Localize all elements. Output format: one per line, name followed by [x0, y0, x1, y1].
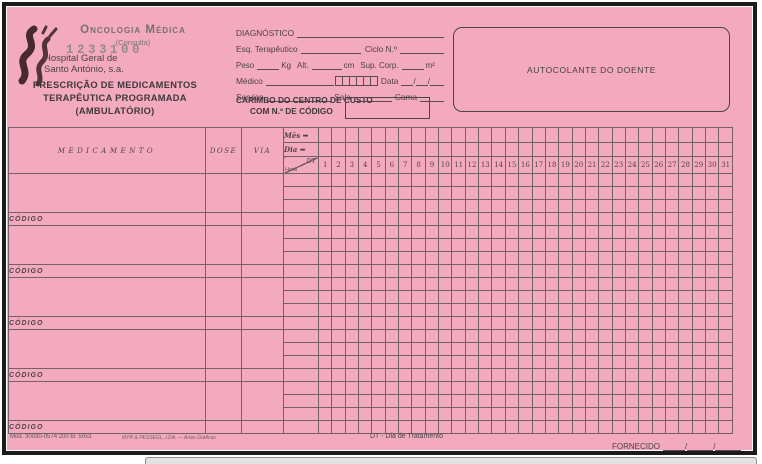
- day-grid-cell: [492, 356, 505, 369]
- day-grid-cell: [479, 395, 492, 408]
- day-grid-cell: [532, 291, 545, 304]
- day-grid-cell: [505, 395, 518, 408]
- day-grid-cell: [439, 278, 452, 291]
- day-grid-cell: [532, 200, 545, 213]
- day-grid-cell: [625, 330, 638, 343]
- day-grid-cell: [492, 343, 505, 356]
- day-grid-cell: [372, 356, 385, 369]
- day-grid-cell: [345, 317, 358, 330]
- dia-cell: [639, 143, 652, 157]
- day-grid-cell: [679, 408, 692, 421]
- day-grid-cell: [452, 239, 465, 252]
- day-grid-cell: [399, 343, 412, 356]
- day-grid-cell: [639, 369, 652, 382]
- mes-cell: [559, 128, 572, 143]
- day-grid-cell: [559, 408, 572, 421]
- day-grid-cell: [465, 369, 478, 382]
- day-grid-cell: [559, 382, 572, 395]
- day-grid-cell: [385, 317, 398, 330]
- day-grid-cell: [519, 174, 532, 187]
- day-grid-cell: [425, 226, 438, 239]
- day-grid-cell: [412, 343, 425, 356]
- day-grid-cell: [532, 395, 545, 408]
- day-grid-cell: [465, 356, 478, 369]
- day-header-cell: 24: [625, 157, 638, 174]
- day-grid-cell: [572, 395, 585, 408]
- day-grid-cell: [452, 226, 465, 239]
- day-grid-cell: [345, 174, 358, 187]
- day-grid-cell: [385, 252, 398, 265]
- day-grid-cell: [545, 304, 558, 317]
- day-grid-cell: [639, 213, 652, 226]
- day-grid-cell: [452, 395, 465, 408]
- day-grid-cell: [412, 317, 425, 330]
- day-grid-cell: [719, 317, 733, 330]
- day-grid-cell: [585, 343, 598, 356]
- day-grid-cell: [412, 252, 425, 265]
- day-grid-cell: [332, 187, 345, 200]
- day-grid-cell: [705, 200, 718, 213]
- day-grid-cell: [612, 304, 625, 317]
- day-grid-cell: [692, 174, 705, 187]
- dia-cell: [439, 143, 452, 157]
- dia-cell: [425, 143, 438, 157]
- day-grid-cell: [692, 317, 705, 330]
- diagnostico-blank: [297, 29, 444, 38]
- day-grid-cell: [492, 369, 505, 382]
- day-grid-cell: [559, 369, 572, 382]
- day-header-cell: 15: [505, 157, 518, 174]
- day-grid-cell: [532, 265, 545, 278]
- day-grid-cell: [665, 252, 678, 265]
- day-grid-cell: [705, 278, 718, 291]
- day-grid-cell: [665, 421, 678, 434]
- day-grid-cell: [559, 291, 572, 304]
- day-grid-cell: [399, 317, 412, 330]
- day-grid-cell: [372, 369, 385, 382]
- day-grid-cell: [639, 239, 652, 252]
- day-grid-cell: [412, 187, 425, 200]
- day-grid-cell: [612, 408, 625, 421]
- hora-cell: [284, 382, 319, 395]
- day-grid-cell: [599, 252, 612, 265]
- day-grid-cell: [599, 187, 612, 200]
- day-grid-cell: [399, 213, 412, 226]
- day-grid-cell: [345, 265, 358, 278]
- day-grid-cell: [479, 408, 492, 421]
- day-grid-cell: [532, 187, 545, 200]
- day-grid-cell: [359, 382, 372, 395]
- mes-cell: [332, 128, 345, 143]
- day-grid-cell: [679, 265, 692, 278]
- day-grid-cell: [425, 369, 438, 382]
- day-grid-cell: [425, 252, 438, 265]
- hora-cell: [284, 278, 319, 291]
- day-grid-cell: [572, 174, 585, 187]
- day-grid-cell: [399, 291, 412, 304]
- day-grid-cell: [345, 395, 358, 408]
- day-grid-cell: [705, 304, 718, 317]
- day-grid-cell: [439, 252, 452, 265]
- day-grid-cell: [719, 356, 733, 369]
- day-grid-cell: [332, 421, 345, 434]
- hora-cell: [284, 187, 319, 200]
- day-grid-cell: [559, 265, 572, 278]
- day-grid-cell: [612, 200, 625, 213]
- day-grid-cell: [612, 356, 625, 369]
- day-grid-cell: [679, 369, 692, 382]
- day-grid-cell: [679, 187, 692, 200]
- cost-center-stamp-box: [345, 97, 430, 119]
- dia-cell: [399, 143, 412, 157]
- day-grid-cell: [399, 304, 412, 317]
- day-grid-cell: [359, 187, 372, 200]
- patient-sticker-label: AUTOCOLANTE DO DOENTE: [527, 65, 656, 75]
- day-grid-cell: [465, 408, 478, 421]
- mes-cell: [692, 128, 705, 143]
- dose-area: [206, 174, 242, 213]
- day-grid-cell: [612, 330, 625, 343]
- day-grid-cell: [679, 382, 692, 395]
- day-grid-cell: [665, 408, 678, 421]
- day-grid-cell: [319, 200, 332, 213]
- day-grid-cell: [479, 265, 492, 278]
- day-grid-cell: [652, 239, 665, 252]
- day-grid-cell: [385, 304, 398, 317]
- day-grid-cell: [585, 291, 598, 304]
- fornecido-day-blank: [663, 443, 685, 451]
- day-grid-cell: [332, 252, 345, 265]
- day-grid-cell: [479, 213, 492, 226]
- day-grid-cell: [625, 239, 638, 252]
- hora-cell: [284, 330, 319, 343]
- day-grid-cell: [332, 317, 345, 330]
- day-grid-cell: [519, 200, 532, 213]
- day-grid-cell: [612, 421, 625, 434]
- dia-cell: [505, 143, 518, 157]
- form-title-line3: (AMBULATÓRIO): [2, 106, 228, 116]
- day-grid-cell: [492, 291, 505, 304]
- day-grid-cell: [372, 304, 385, 317]
- via-area: [242, 174, 284, 213]
- day-grid-cell: [465, 421, 478, 434]
- day-grid-cell: [585, 408, 598, 421]
- day-grid-cell: [612, 239, 625, 252]
- day-grid-cell: [505, 382, 518, 395]
- day-grid-cell: [705, 421, 718, 434]
- day-grid-cell: [465, 252, 478, 265]
- ciclo-label: Ciclo N.º: [361, 44, 400, 54]
- day-grid-cell: [385, 369, 398, 382]
- dose-area: [206, 330, 242, 369]
- medication-name-area: [9, 330, 206, 369]
- day-grid-cell: [599, 226, 612, 239]
- day-grid-cell: [545, 421, 558, 434]
- day-grid-cell: [399, 408, 412, 421]
- hora-cell: [284, 343, 319, 356]
- day-grid-cell: [719, 265, 733, 278]
- day-grid-cell: [399, 187, 412, 200]
- day-grid-cell: [452, 291, 465, 304]
- day-grid-cell: [519, 187, 532, 200]
- day-grid-cell: [532, 356, 545, 369]
- day-grid-cell: [492, 226, 505, 239]
- mes-cell: [572, 128, 585, 143]
- day-grid-cell: [425, 187, 438, 200]
- day-grid-cell: [359, 317, 372, 330]
- day-grid-cell: [332, 408, 345, 421]
- mes-cell: [492, 128, 505, 143]
- day-grid-cell: [585, 317, 598, 330]
- day-grid-cell: [719, 200, 733, 213]
- codigo-via-cell: [242, 369, 284, 382]
- field-row-medico-data: Médico Data / /: [236, 75, 444, 86]
- day-grid-cell: [319, 174, 332, 187]
- day-grid-cell: [679, 317, 692, 330]
- day-header-cell: 7: [399, 157, 412, 174]
- fornecido-label: FORNECIDO: [612, 442, 663, 451]
- day-grid-cell: [719, 239, 733, 252]
- ciclo-blank: [400, 45, 444, 54]
- day-grid-cell: [465, 304, 478, 317]
- day-grid-cell: [385, 343, 398, 356]
- day-grid-cell: [665, 330, 678, 343]
- day-grid-cell: [412, 356, 425, 369]
- col-header-dose: DOSE: [206, 128, 242, 174]
- codigo-row-label: CÓDIGO: [9, 213, 206, 226]
- day-grid-cell: [345, 369, 358, 382]
- day-grid-cell: [412, 330, 425, 343]
- day-grid-cell: [372, 252, 385, 265]
- day-grid-cell: [572, 356, 585, 369]
- mes-cell: [412, 128, 425, 143]
- day-grid-cell: [412, 408, 425, 421]
- form-title-line1: PRESCRIÇÃO DE MEDICAMENTOS: [2, 80, 228, 90]
- day-grid-cell: [399, 382, 412, 395]
- day-grid-cell: [372, 187, 385, 200]
- day-grid-cell: [492, 265, 505, 278]
- day-grid-cell: [425, 382, 438, 395]
- day-grid-cell: [705, 291, 718, 304]
- hora-cell: [284, 421, 319, 434]
- day-grid-cell: [319, 382, 332, 395]
- day-grid-cell: [412, 291, 425, 304]
- dia-cell: [345, 143, 358, 157]
- mes-cell: [479, 128, 492, 143]
- day-grid-cell: [452, 369, 465, 382]
- day-grid-cell: [665, 265, 678, 278]
- hora-cell: [284, 317, 319, 330]
- day-grid-cell: [492, 278, 505, 291]
- day-grid-cell: [705, 239, 718, 252]
- day-grid-cell: [372, 278, 385, 291]
- day-grid-cell: [692, 382, 705, 395]
- day-grid-cell: [505, 278, 518, 291]
- day-grid-cell: [652, 174, 665, 187]
- day-grid-cell: [492, 330, 505, 343]
- day-grid-cell: [625, 395, 638, 408]
- day-grid-cell: [719, 278, 733, 291]
- code-boxes: [336, 76, 378, 86]
- day-grid-cell: [385, 187, 398, 200]
- day-grid-cell: [705, 382, 718, 395]
- day-grid-cell: [585, 226, 598, 239]
- mes-cell: [319, 128, 332, 143]
- day-grid-cell: [359, 174, 372, 187]
- day-grid-cell: [692, 304, 705, 317]
- dia-row-label: Dia ➡: [284, 143, 319, 157]
- fornecido-month-blank: [687, 443, 713, 451]
- day-grid-cell: [559, 252, 572, 265]
- day-grid-cell: [639, 343, 652, 356]
- day-grid-cell: [532, 330, 545, 343]
- data-year-blank: [430, 77, 444, 86]
- day-grid-cell: [372, 200, 385, 213]
- codigo-row-label: CÓDIGO: [9, 317, 206, 330]
- mes-cell: [532, 128, 545, 143]
- day-grid-cell: [639, 174, 652, 187]
- day-grid-cell: [625, 421, 638, 434]
- day-grid-cell: [719, 187, 733, 200]
- day-grid-cell: [519, 356, 532, 369]
- day-grid-cell: [572, 317, 585, 330]
- day-grid-cell: [559, 356, 572, 369]
- day-grid-cell: [319, 213, 332, 226]
- day-grid-cell: [372, 226, 385, 239]
- day-grid-cell: [479, 200, 492, 213]
- day-grid-cell: [505, 213, 518, 226]
- day-grid-cell: [572, 226, 585, 239]
- day-grid-cell: [359, 408, 372, 421]
- hora-cell: [284, 369, 319, 382]
- day-grid-cell: [519, 343, 532, 356]
- dia-cell: [625, 143, 638, 157]
- medico-blank: [266, 77, 334, 86]
- mes-cell: [519, 128, 532, 143]
- day-grid-cell: [639, 421, 652, 434]
- day-grid-cell: [612, 291, 625, 304]
- day-grid-cell: [625, 226, 638, 239]
- day-grid-cell: [652, 278, 665, 291]
- day-grid-cell: [465, 343, 478, 356]
- dia-cell: [705, 143, 718, 157]
- day-grid-cell: [479, 382, 492, 395]
- day-grid-cell: [345, 356, 358, 369]
- mes-cell: [425, 128, 438, 143]
- day-grid-cell: [559, 239, 572, 252]
- day-grid-cell: [425, 395, 438, 408]
- day-grid-cell: [359, 239, 372, 252]
- diagnostico-label: DIAGNÓSTICO: [236, 28, 297, 38]
- day-grid-cell: [372, 174, 385, 187]
- codigo-dose-cell: [206, 265, 242, 278]
- day-grid-cell: [332, 200, 345, 213]
- day-grid-cell: [639, 265, 652, 278]
- medico-label: Médico: [236, 76, 266, 86]
- dia-cell: [519, 143, 532, 157]
- department-title: Oncologia Médica: [52, 24, 214, 36]
- day-grid-cell: [639, 291, 652, 304]
- day-grid-cell: [585, 421, 598, 434]
- day-grid-cell: [719, 304, 733, 317]
- dia-cell: [465, 143, 478, 157]
- mes-cell: [719, 128, 733, 143]
- day-grid-cell: [679, 304, 692, 317]
- day-grid-cell: [345, 421, 358, 434]
- medication-name-area: [9, 174, 206, 213]
- day-grid-cell: [545, 265, 558, 278]
- day-grid-cell: [505, 252, 518, 265]
- hora-cell: [284, 174, 319, 187]
- day-grid-cell: [692, 278, 705, 291]
- day-grid-cell: [572, 187, 585, 200]
- day-grid-cell: [639, 304, 652, 317]
- day-header-cell: 28: [679, 157, 692, 174]
- day-grid-cell: [679, 174, 692, 187]
- day-grid-cell: [532, 304, 545, 317]
- day-grid-cell: [572, 291, 585, 304]
- day-grid-cell: [519, 252, 532, 265]
- day-grid-cell: [452, 317, 465, 330]
- day-grid-cell: [359, 278, 372, 291]
- day-grid-cell: [519, 395, 532, 408]
- day-header-cell: 9: [425, 157, 438, 174]
- codigo-dose-cell: [206, 369, 242, 382]
- day-grid-cell: [385, 265, 398, 278]
- mes-row-label: Mês ➡: [284, 128, 319, 143]
- day-grid-cell: [665, 291, 678, 304]
- day-grid-cell: [465, 200, 478, 213]
- day-grid-cell: [545, 369, 558, 382]
- day-grid-cell: [399, 278, 412, 291]
- day-grid-cell: [452, 200, 465, 213]
- treatment-grid: MEDICAMENTODOSEVIAMês ➡Dia ➡DTHora123456…: [8, 127, 733, 434]
- day-grid-cell: [652, 408, 665, 421]
- day-header-cell: 26: [652, 157, 665, 174]
- day-grid-cell: [639, 382, 652, 395]
- medication-name-area: [9, 278, 206, 317]
- day-grid-cell: [399, 369, 412, 382]
- mes-cell: [625, 128, 638, 143]
- day-grid-cell: [652, 369, 665, 382]
- day-grid-cell: [545, 382, 558, 395]
- hora-cell: [284, 291, 319, 304]
- day-grid-cell: [492, 252, 505, 265]
- day-grid-cell: [572, 265, 585, 278]
- day-header-cell: 5: [372, 157, 385, 174]
- day-grid-cell: [479, 317, 492, 330]
- mes-cell: [652, 128, 665, 143]
- day-grid-cell: [545, 174, 558, 187]
- hora-label: Hora: [285, 167, 297, 173]
- day-grid-cell: [545, 187, 558, 200]
- day-grid-cell: [639, 317, 652, 330]
- day-grid-cell: [439, 395, 452, 408]
- day-grid-cell: [479, 278, 492, 291]
- day-grid-cell: [332, 265, 345, 278]
- hora-cell: [284, 226, 319, 239]
- dia-cell: [452, 143, 465, 157]
- day-grid-cell: [625, 369, 638, 382]
- day-grid-cell: [519, 382, 532, 395]
- m2-label: m²: [424, 61, 438, 70]
- day-grid-cell: [665, 356, 678, 369]
- day-grid-cell: [439, 187, 452, 200]
- day-grid-cell: [452, 252, 465, 265]
- day-grid-cell: [545, 239, 558, 252]
- day-grid-cell: [625, 252, 638, 265]
- day-grid-cell: [705, 187, 718, 200]
